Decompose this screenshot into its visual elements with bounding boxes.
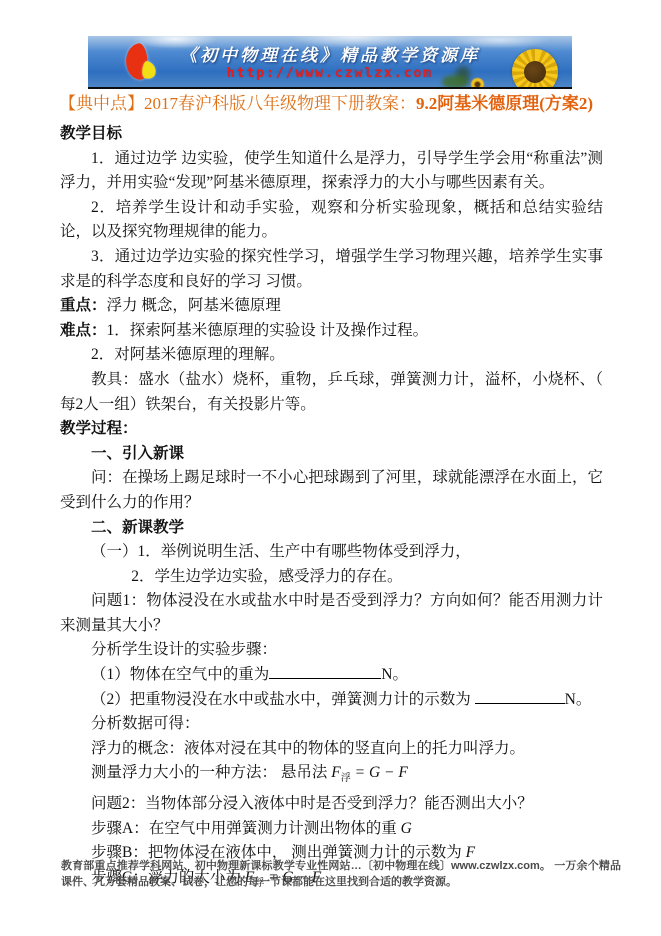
question-1: 问题1：物体浸没在水或盐水中时是否受到浮力？方向如何？能否用测力计来测量其大小？ (60, 589, 603, 638)
document-title: 【典中点】2017春沪科版八年级物理下册教案：9.2阿基米德原理(方案2) (59, 93, 605, 115)
leaf-icon (442, 75, 468, 89)
blank-2-prefix: （2）把重物浸没在水中或盐水中，弹簧测力计的示数为 (91, 691, 475, 708)
difficult-point-line-1: 难点：1．探索阿基米德原理的实验设 计及操作过程。 (60, 319, 603, 344)
question-2: 问题2：当物体部分浸入液体中时是否受到浮力？能否测出大小？ (60, 792, 603, 817)
blank-1-field (269, 665, 381, 679)
section-1-heading: 一、引入新课 (60, 442, 603, 467)
small-sunflower-icon (471, 78, 484, 89)
blank-1-suffix: N。 (381, 666, 408, 683)
document-title-emphasis: 9.2阿基米德原理(方案2) (416, 94, 593, 113)
teaching-tools: 教具：盛水（盐水）烧杯，重物，乒乓球，弹簧测力计，溢杯，小烧杯、（ 每2人一组）… (60, 368, 603, 417)
objective-2: 2．培养学生设计和动手实验，观察和分析实验现象，概括和总结实验结论，以及探究物理… (60, 196, 603, 245)
difficult-point-text-2: 2．对阿基米德原理的理解。 (60, 343, 603, 368)
blank-2-suffix: N。 (565, 691, 592, 708)
fill-blank-line-2: （2）把重物浸没在水中或盐水中，弹簧测力计的示数为 N。 (60, 688, 603, 713)
objectives-heading: 教学目标 (60, 122, 603, 147)
buoyancy-concept: 浮力的概念：液体对浸在其中的物体的竖直向上的托力叫浮力。 (60, 737, 603, 762)
section-2-heading: 二、新课教学 (60, 516, 603, 541)
footer-text: 教育部重点推荐学科网站、初中物理新课标教学专业性网站…〔初中物理在线〕www.c… (61, 858, 621, 890)
weight-symbol: G (401, 820, 412, 837)
measure-method-text: 测量浮力大小的一种方法： 悬吊法 (91, 764, 331, 781)
blank-1-prefix: （1）物体在空气中的重为 (91, 666, 269, 683)
difficult-point-text-1: 1．探索阿基米德原理的实验设 计及操作过程。 (107, 322, 429, 339)
document-body: 教学目标 1．通过边学 边实验，使学生知道什么是浮力，引导学生学会用“称重法”测… (60, 122, 603, 897)
step-a-line: 步骤A：在空气中用弹簧测力计测出物体的重 G (60, 817, 603, 842)
process-heading: 教学过程： (60, 417, 603, 442)
key-point-line: 重点：浮力 概念，阿基米德原理 (60, 294, 603, 319)
objective-1: 1．通过边学 边实验，使学生知道什么是浮力，引导学生学会用“称重法”测浮力，并用… (60, 147, 603, 196)
data-result-line: 分析数据可得： (60, 712, 603, 737)
document-title-prefix: 【典中点】2017春沪科版八年级物理下册教案： (59, 94, 416, 113)
difficult-point-label: 难点： (60, 322, 107, 339)
buoyancy-formula: F浮 = G − F (331, 764, 408, 781)
page-footer: 教育部重点推荐学科网站、初中物理新课标教学专业性网站…〔初中物理在线〕www.c… (61, 858, 621, 890)
blank-2-field (475, 690, 565, 704)
measure-method-line: 测量浮力大小的一种方法： 悬吊法 F浮 = G − F (60, 761, 603, 792)
banner-text: 《初中物理在线》精品教学资源库 http://www.czwlzx.com (88, 36, 572, 81)
objective-3: 3．通过边学边实验的探究性学习，增强学生学习物理兴趣，培养学生实事求是的科学态度… (60, 245, 603, 294)
steps-intro: 分析学生设计的实验步骤： (60, 638, 603, 663)
banner-site-url-link[interactable]: http://www.czwlzx.com (88, 66, 572, 81)
intro-question: 问：在操场上踢足球时一不小心把球踢到了河里，球就能漂浮在水面上，它受到什么力的作… (60, 466, 603, 515)
list-item-1: （一）1．举例说明生活、生产中有哪些物体受到浮力， (60, 540, 603, 565)
document-page: 《初中物理在线》精品教学资源库 http://www.czwlzx.com 【典… (0, 0, 661, 936)
step-a-text: 步骤A：在空气中用弹簧测力计测出物体的重 (91, 820, 401, 837)
key-point-text: 浮力 概念，阿基米德原理 (107, 297, 281, 314)
banner-site-title: 《初中物理在线》精品教学资源库 (88, 41, 572, 66)
key-point-label: 重点： (60, 297, 107, 314)
site-banner: 《初中物理在线》精品教学资源库 http://www.czwlzx.com (88, 36, 572, 89)
list-item-2: 2．学生边学边实验，感受浮力的存在。 (60, 565, 603, 590)
fill-blank-line-1: （1）物体在空气中的重为N。 (60, 663, 603, 688)
